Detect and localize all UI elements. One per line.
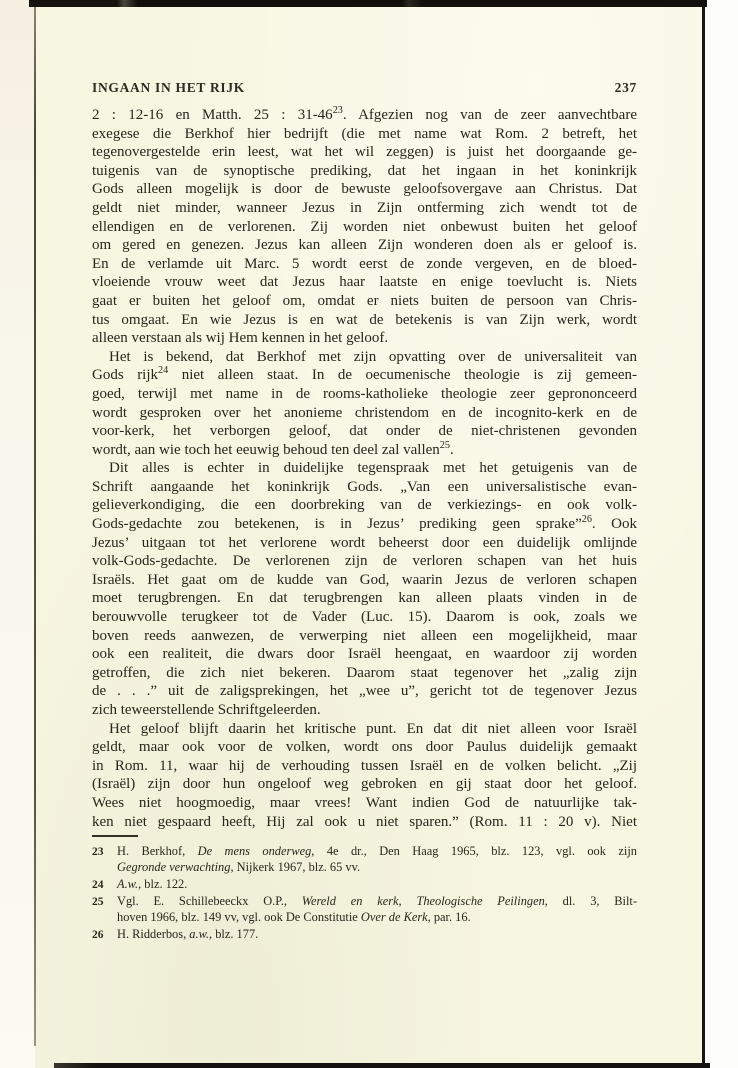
scanned-book-page: INGAAN IN HET RIJK 237 2 : 12-16 en Matt… [0,0,738,1068]
footnote-text: A.w., blz. 122. [117,876,637,893]
cited-work-title: De mens onderweg [198,844,312,858]
footnote-segment: , blz. 122. [138,877,187,891]
text-line: gelieverkondiging, die een doorbreking v… [92,496,637,515]
text-line: ken niet gespaard heeft, Hij zal ook u n… [92,813,637,832]
text-line: alleen verstaan als wij Hem kennen in he… [92,329,637,348]
text-line: Het geloof blijft daarin het kritische p… [92,720,637,739]
text-line: de . . .” uit de zaligsprekingen, het „w… [92,682,637,701]
text-line: geldt niet minder, wanneer Jezus in Zijn… [92,199,637,218]
running-head: INGAAN IN HET RIJK 237 [92,80,637,96]
text-line: in Rom. 11, waar hij de verhouding tusse… [92,757,637,776]
text-line: berouwvolle terugkeer tot de Vader (Luc.… [92,608,637,627]
body-paragraph: 2 : 12-16 en Matth. 25 : 31-4623. Afgezi… [92,106,637,348]
text-line: zich teweerstellende Schriftgeleerden. [92,701,637,720]
body-paragraph: Het is bekend, dat Berkhof met zijn opva… [92,348,637,460]
footnote-line: A.w., blz. 122. [117,876,637,892]
footnote-segment: , dl. 3, Bilt- [545,894,637,908]
footnote: 24A.w., blz. 122. [92,876,637,893]
footnote: 25Vgl. E. Schillebeeckx O.P., Wereld en … [92,893,637,926]
text-line: Het is bekend, dat Berkhof met zijn opva… [92,348,637,367]
footnote-segment: , [399,894,417,908]
footnote-ref: 23 [333,105,343,116]
text-line: Israëls. Het gaat om de kudde van God, w… [92,571,637,590]
body-paragraph: Dit alles is echter in duidelijke tegens… [92,459,637,719]
text-line: wordt, aan wie toch het eeuwig behoud te… [92,441,637,460]
text-line: exegese die Berkhof hier bedrijft (die m… [92,125,637,144]
footnote: 26H. Ridderbos, a.w., blz. 177. [92,926,637,943]
scan-top-edge [29,0,707,7]
footnote-line: H. Ridderbos, a.w., blz. 177. [117,926,637,942]
cited-work-title: Over de Kerk [361,910,428,924]
text-line: Wees niet hoogmoedig, maar vrees! Want i… [92,794,637,813]
footnote-segment: , 4e dr., Den Haag 1965, blz. 123, vgl. … [311,844,637,858]
footnote-segment: Vgl. E. Schillebeeckx O.P., [117,894,302,908]
footnote-segment: hoven 1966, blz. 149 vv, vgl. ook De Con… [117,910,361,924]
text-line: tus omgaat. En wie Jezus is en wat de be… [92,311,637,330]
running-title: INGAAN IN HET RIJK [92,80,245,96]
text-line: volk-Gods-gedachte. De verlorenen zijn d… [92,552,637,571]
footnotes: 23H. Berkhof, De mens onderweg, 4e dr., … [92,843,637,943]
footnote-divider [92,835,138,837]
text-line: Gods rijk24 niet alleen staat. In de oec… [92,366,637,385]
text-line: ook een realiteit, die dwars door Israël… [92,645,637,664]
footnote-number: 25 [92,893,117,926]
page-content: INGAAN IN HET RIJK 237 2 : 12-16 en Matt… [92,80,637,943]
cited-work-title: Theologische Peilingen [416,894,544,908]
page-left-edge [34,4,36,1046]
text-line: Dit alles is echter in duidelijke tegens… [92,459,637,478]
footnote-number: 24 [92,876,117,893]
text-line: vloeiende vrouw weet dat Jezus haar laat… [92,273,637,292]
text-line: ellendigen en de verlorenen. Zij worden … [92,218,637,237]
footnote-segment: H. Ridderbos, [117,927,189,941]
footnote-line: hoven 1966, blz. 149 vv, vgl. ook De Con… [117,909,637,925]
text-line: Jezus’ uitgaan tot het verlorene wordt b… [92,534,637,553]
footnote-line: Vgl. E. Schillebeeckx O.P., Wereld en ke… [117,893,637,909]
footnote-number: 26 [92,926,117,943]
text-line: voor-kerk, het verborgen geloof, dat ond… [92,422,637,441]
text-line: om gered en genezen. Jezus kan alleen Zi… [92,236,637,255]
cited-work-title: a.w. [189,927,209,941]
text-line: wordt gesproken over het anonieme christ… [92,404,637,423]
scan-bottom-edge [54,1063,710,1068]
text-line: gaat er buiten het geloof om, omdat er n… [92,292,637,311]
footnote-text: H. Ridderbos, a.w., blz. 177. [117,926,637,943]
footnote-segment: , blz. 177. [209,927,258,941]
body-paragraph: Het geloof blijft daarin het kritische p… [92,720,637,832]
text-line: 2 : 12-16 en Matth. 25 : 31-4623. Afgezi… [92,106,637,125]
footnote-line: Gegronde verwachting, Nijkerk 1967, blz.… [117,859,637,875]
scan-left-margin [0,0,35,1068]
footnote-segment: , Nijkerk 1967, blz. 65 vv. [230,860,360,874]
footnote-text: H. Berkhof, De mens onderweg, 4e dr., De… [117,843,637,876]
text-line: Gods alleen mogelijk is door de bewuste … [92,180,637,199]
footnote-text: Vgl. E. Schillebeeckx O.P., Wereld en ke… [117,893,637,926]
text-line: geldt, maar ook voor de volken, wordt on… [92,738,637,757]
cited-work-title: Wereld en kerk [302,894,399,908]
text-line: tegenovergestelde erin leest, wat het wi… [92,143,637,162]
footnote: 23H. Berkhof, De mens onderweg, 4e dr., … [92,843,637,876]
footnote-ref: 26 [582,514,592,525]
text-line: Schrift aangaande het koninkrijk Gods. „… [92,478,637,497]
footnote-line: H. Berkhof, De mens onderweg, 4e dr., De… [117,843,637,859]
footnote-ref: 24 [158,365,168,376]
text-line: tuigenis van de synoptische prediking, d… [92,162,637,181]
cited-work-title: Gegronde verwachting [117,860,230,874]
text-line: En de verlamde uit Marc. 5 wordt eerst d… [92,255,637,274]
body-text: 2 : 12-16 en Matth. 25 : 31-4623. Afgezi… [92,106,637,831]
text-line: getroffen, die zich niet bekeren. Daarom… [92,664,637,683]
footnote-segment: , par. 16. [428,910,471,924]
text-line: (Israël) zijn door hun ongeloof weg gebr… [92,775,637,794]
text-line: boven reeds aanwezen, de verwerping niet… [92,627,637,646]
cited-work-title: A.w. [117,877,138,891]
page-number: 237 [615,80,637,96]
footnote-segment: H. Berkhof, [117,844,198,858]
footnote-number: 23 [92,843,117,876]
scan-right-margin [705,0,738,1068]
text-line: moet terugbrengen. En dat terugbrengen k… [92,589,637,608]
text-line: goed, terwijl met name in de rooms-katho… [92,385,637,404]
text-line: Gods-gedachte zou betekenen, is in Jezus… [92,515,637,534]
footnote-ref: 25 [440,440,450,451]
